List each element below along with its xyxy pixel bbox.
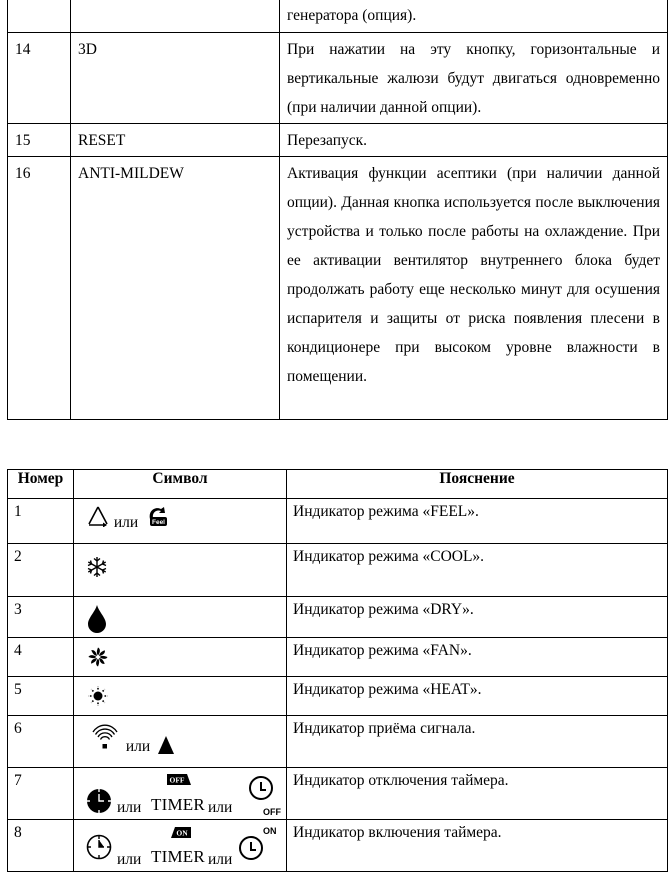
table-row: генератора (опция). xyxy=(8,0,668,33)
row-number: 3 xyxy=(8,597,74,638)
row-symbol: или Feel xyxy=(74,499,287,544)
timer-label: TIMER xyxy=(151,795,205,815)
clock-off-icon xyxy=(248,775,278,805)
row-number: 5 xyxy=(8,677,74,716)
or-label: или xyxy=(208,798,232,818)
clock-off-label: OFF xyxy=(263,802,281,822)
table-row: 5 Индикатор режима «HEAT». xyxy=(8,677,668,716)
row-number: 16 xyxy=(8,157,71,420)
timer-label: TIMER xyxy=(151,847,205,867)
table-row: 2 Индикатор режима «COOL». xyxy=(8,544,668,597)
feel-badge-icon: Feel xyxy=(146,505,168,527)
table-row: 3 Индикатор режима «DRY». xyxy=(8,597,668,638)
water-drop-icon xyxy=(86,604,108,634)
row-button: RESET xyxy=(71,124,280,157)
svg-text:Feel: Feel xyxy=(152,519,165,526)
row-explanation: Индикатор режима «FAN». xyxy=(287,638,668,677)
row-explanation: Индикатор приёма сигнала. xyxy=(287,716,668,768)
row-number: 15 xyxy=(8,124,71,157)
header-explanation: Пояснение xyxy=(287,470,668,499)
row-number: 14 xyxy=(8,33,71,124)
table-row: 7 или OFF TIMER или xyxy=(8,768,668,820)
row-symbol xyxy=(74,544,287,597)
clock-outline-icon xyxy=(86,834,112,860)
feel-triangle-icon xyxy=(86,505,110,527)
table-row: 8 или ON TIMER или xyxy=(8,820,668,872)
row-explanation: Индикатор режима «HEAT». xyxy=(287,677,668,716)
display-symbols-table: Номер Символ Пояснение 1 или Feel Индика… xyxy=(7,469,668,872)
table-row: 16 ANTI-MILDEW Активация функции асептик… xyxy=(8,157,668,420)
row-description: Активация функции асептики (при наличии … xyxy=(280,157,668,420)
or-label: или xyxy=(117,798,141,818)
remote-buttons-table: генератора (опция). 14 3D При нажатии на… xyxy=(7,0,668,420)
row-explanation: Индикатор включения таймера. xyxy=(287,820,668,872)
row-explanation: Индикатор режима «DRY». xyxy=(287,597,668,638)
row-symbol xyxy=(74,677,287,716)
fan-icon xyxy=(88,647,108,667)
row-description: генератора (опция). xyxy=(280,0,668,33)
row-symbol xyxy=(74,597,287,638)
row-number xyxy=(8,0,71,33)
snowflake-icon xyxy=(86,556,108,578)
row-button: 3D xyxy=(71,33,280,124)
row-button: ANTI-MILDEW xyxy=(71,157,280,420)
header-symbol: Символ xyxy=(74,470,287,499)
or-label: или xyxy=(126,738,150,755)
clock-on-label: ON xyxy=(263,821,277,841)
or-label: или xyxy=(117,850,141,870)
clock-filled-icon xyxy=(86,788,112,814)
row-symbol: или xyxy=(74,716,287,768)
row-symbol: или OFF TIMER или OFF xyxy=(74,768,287,820)
row-number: 1 xyxy=(8,499,74,544)
row-number: 6 xyxy=(8,716,74,768)
table-row: 6 или Индикатор приёма сигнала. xyxy=(8,716,668,768)
table-row: 1 или Feel Индикатор режима «FEEL». xyxy=(8,499,668,544)
row-number: 4 xyxy=(8,638,74,677)
or-label: или xyxy=(114,514,138,531)
sun-icon xyxy=(88,686,108,706)
row-button xyxy=(71,0,280,33)
or-label: или xyxy=(208,850,232,870)
row-number: 7 xyxy=(8,768,74,820)
row-explanation: Индикатор отключения таймера. xyxy=(287,768,668,820)
header-number: Номер xyxy=(8,470,74,499)
table-row: 14 3D При нажатии на эту кнопку, горизон… xyxy=(8,33,668,124)
table-row: 4 Индикатор режима «FAN». xyxy=(8,638,668,677)
row-symbol: или ON TIMER или ON xyxy=(74,820,287,872)
svg-text:ON: ON xyxy=(176,829,188,838)
row-description: Перезапуск. xyxy=(280,124,668,157)
off-tag-icon: OFF xyxy=(167,774,191,785)
row-explanation: Индикатор режима «FEEL». xyxy=(287,499,668,544)
table-header-row: Номер Символ Пояснение xyxy=(8,470,668,499)
row-number: 8 xyxy=(8,820,74,872)
row-symbol xyxy=(74,638,287,677)
on-tag-icon: ON xyxy=(171,827,191,838)
signal-waves-icon xyxy=(90,721,120,751)
table-row: 15 RESET Перезапуск. xyxy=(8,124,668,157)
triangle-filled-icon xyxy=(157,735,175,755)
row-explanation: Индикатор режима «COOL». xyxy=(287,544,668,597)
row-description: При нажатии на эту кнопку, горизонтальны… xyxy=(280,33,668,124)
row-number: 2 xyxy=(8,544,74,597)
svg-text:OFF: OFF xyxy=(170,776,185,785)
